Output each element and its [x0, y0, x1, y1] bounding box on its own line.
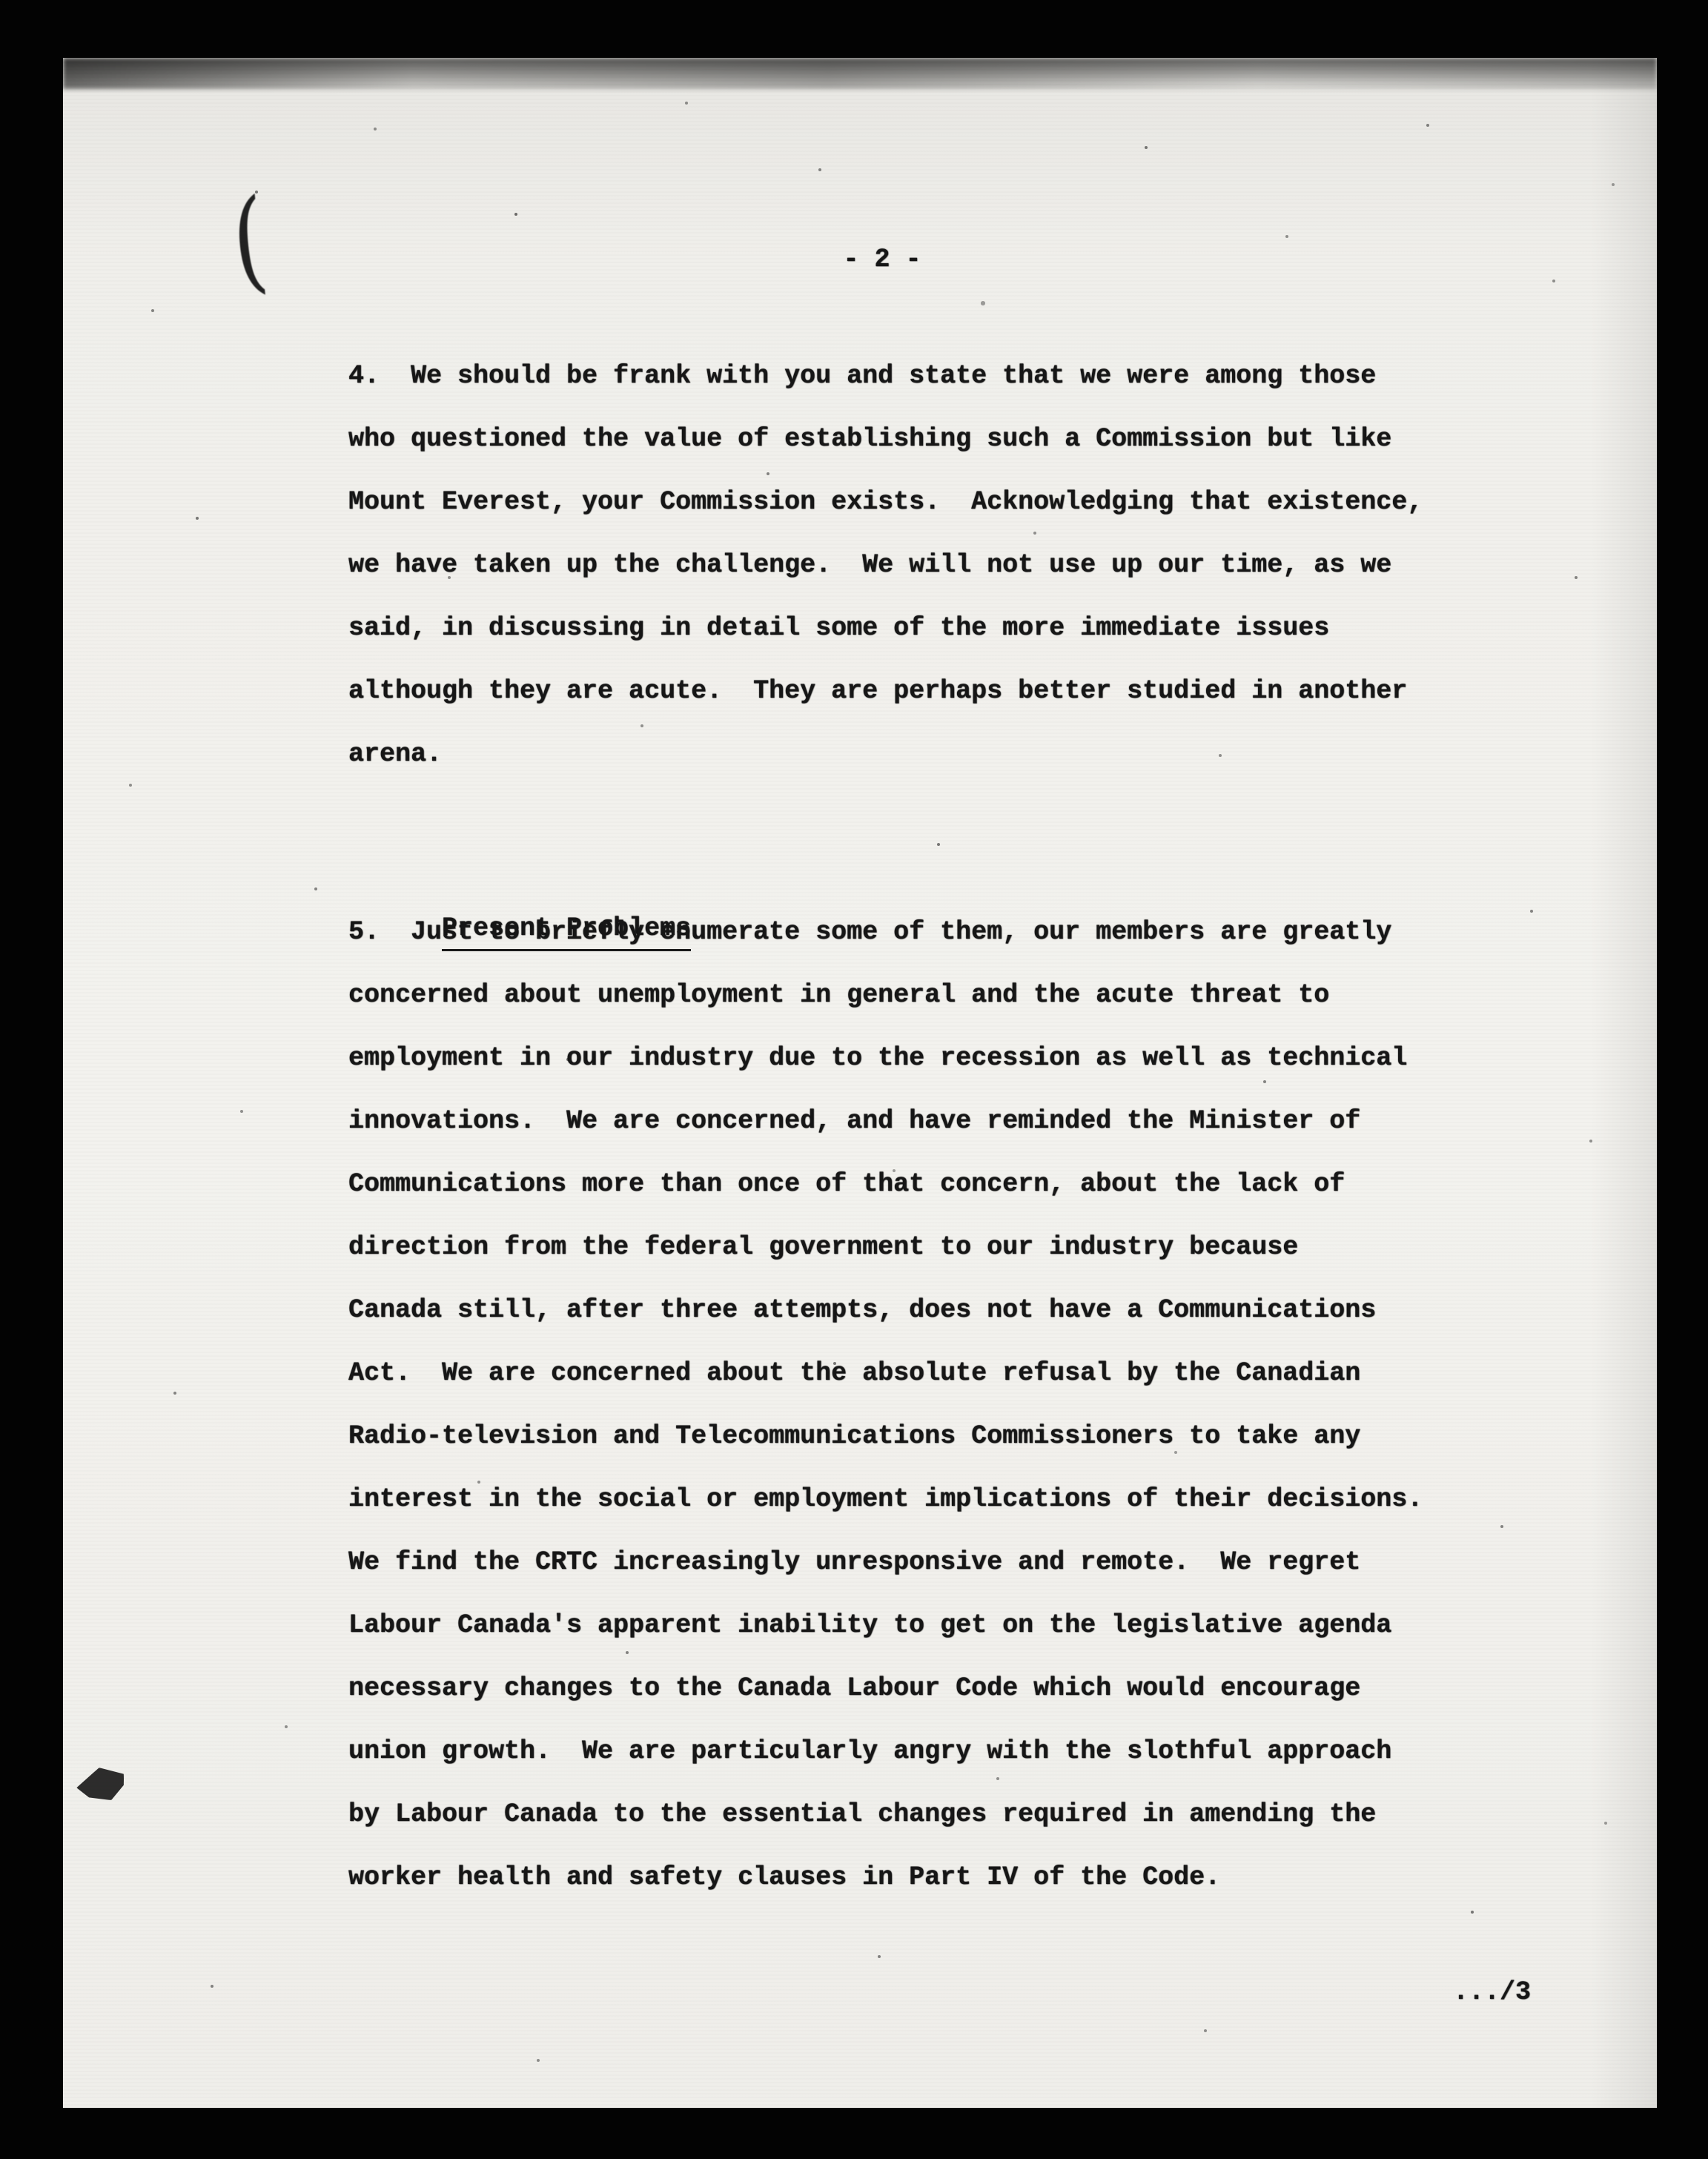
- text-line: employment in our industry due to the re…: [348, 1027, 1475, 1090]
- page-number: - 2 -: [348, 245, 1416, 274]
- text-line: concerned about unemployment in general …: [348, 964, 1475, 1027]
- text-line: union growth. We are particularly angry …: [348, 1720, 1475, 1783]
- document-page: ( - 2 - 4. We should be frank with you a…: [63, 58, 1657, 2108]
- page-continuation-mark: .../3: [1453, 1961, 1531, 2024]
- scan-speckles: [63, 58, 64, 59]
- text-line: direction from the federal government to…: [348, 1216, 1475, 1279]
- text-line: said, in discussing in detail some of th…: [348, 597, 1475, 660]
- text-line: necessary changes to the Canada Labour C…: [348, 1657, 1475, 1720]
- text-line: we have taken up the challenge. We will …: [348, 534, 1475, 597]
- text-line: 5. Just to briefly enumerate some of the…: [348, 901, 1475, 964]
- text-line: Canada still, after three attempts, does…: [348, 1279, 1475, 1342]
- text-line: who questioned the value of establishing…: [348, 408, 1475, 471]
- text-line: Radio-television and Telecommunications …: [348, 1405, 1475, 1468]
- scan-top-edge-shadow: [63, 58, 1657, 89]
- text-line: by Labour Canada to the essential change…: [348, 1783, 1475, 1846]
- paragraph-5: 5. Just to briefly enumerate some of the…: [348, 901, 1475, 1909]
- handwritten-parenthesis-mark: (: [226, 175, 272, 307]
- text-line: Mount Everest, your Commission exists. A…: [348, 471, 1475, 534]
- text-line: arena.: [348, 723, 1475, 786]
- text-line: although they are acute. They are perhap…: [348, 660, 1475, 723]
- text-line: Labour Canada's apparent inability to ge…: [348, 1594, 1475, 1657]
- text-line: 4. We should be frank with you and state…: [348, 345, 1475, 408]
- scan-background: ( - 2 - 4. We should be frank with you a…: [0, 0, 1708, 2159]
- margin-pen-mark: [74, 1764, 128, 1805]
- text-line: interest in the social or employment imp…: [348, 1468, 1475, 1531]
- text-line: innovations. We are concerned, and have …: [348, 1090, 1475, 1153]
- text-line: worker health and safety clauses in Part…: [348, 1846, 1475, 1909]
- text-line: Act. We are concerned about the absolute…: [348, 1342, 1475, 1405]
- text-line: Communications more than once of that co…: [348, 1153, 1475, 1216]
- paragraph-4: 4. We should be frank with you and state…: [348, 345, 1475, 786]
- section-heading: Present Problems: [348, 834, 691, 897]
- text-line: We find the CRTC increasingly unresponsi…: [348, 1531, 1475, 1594]
